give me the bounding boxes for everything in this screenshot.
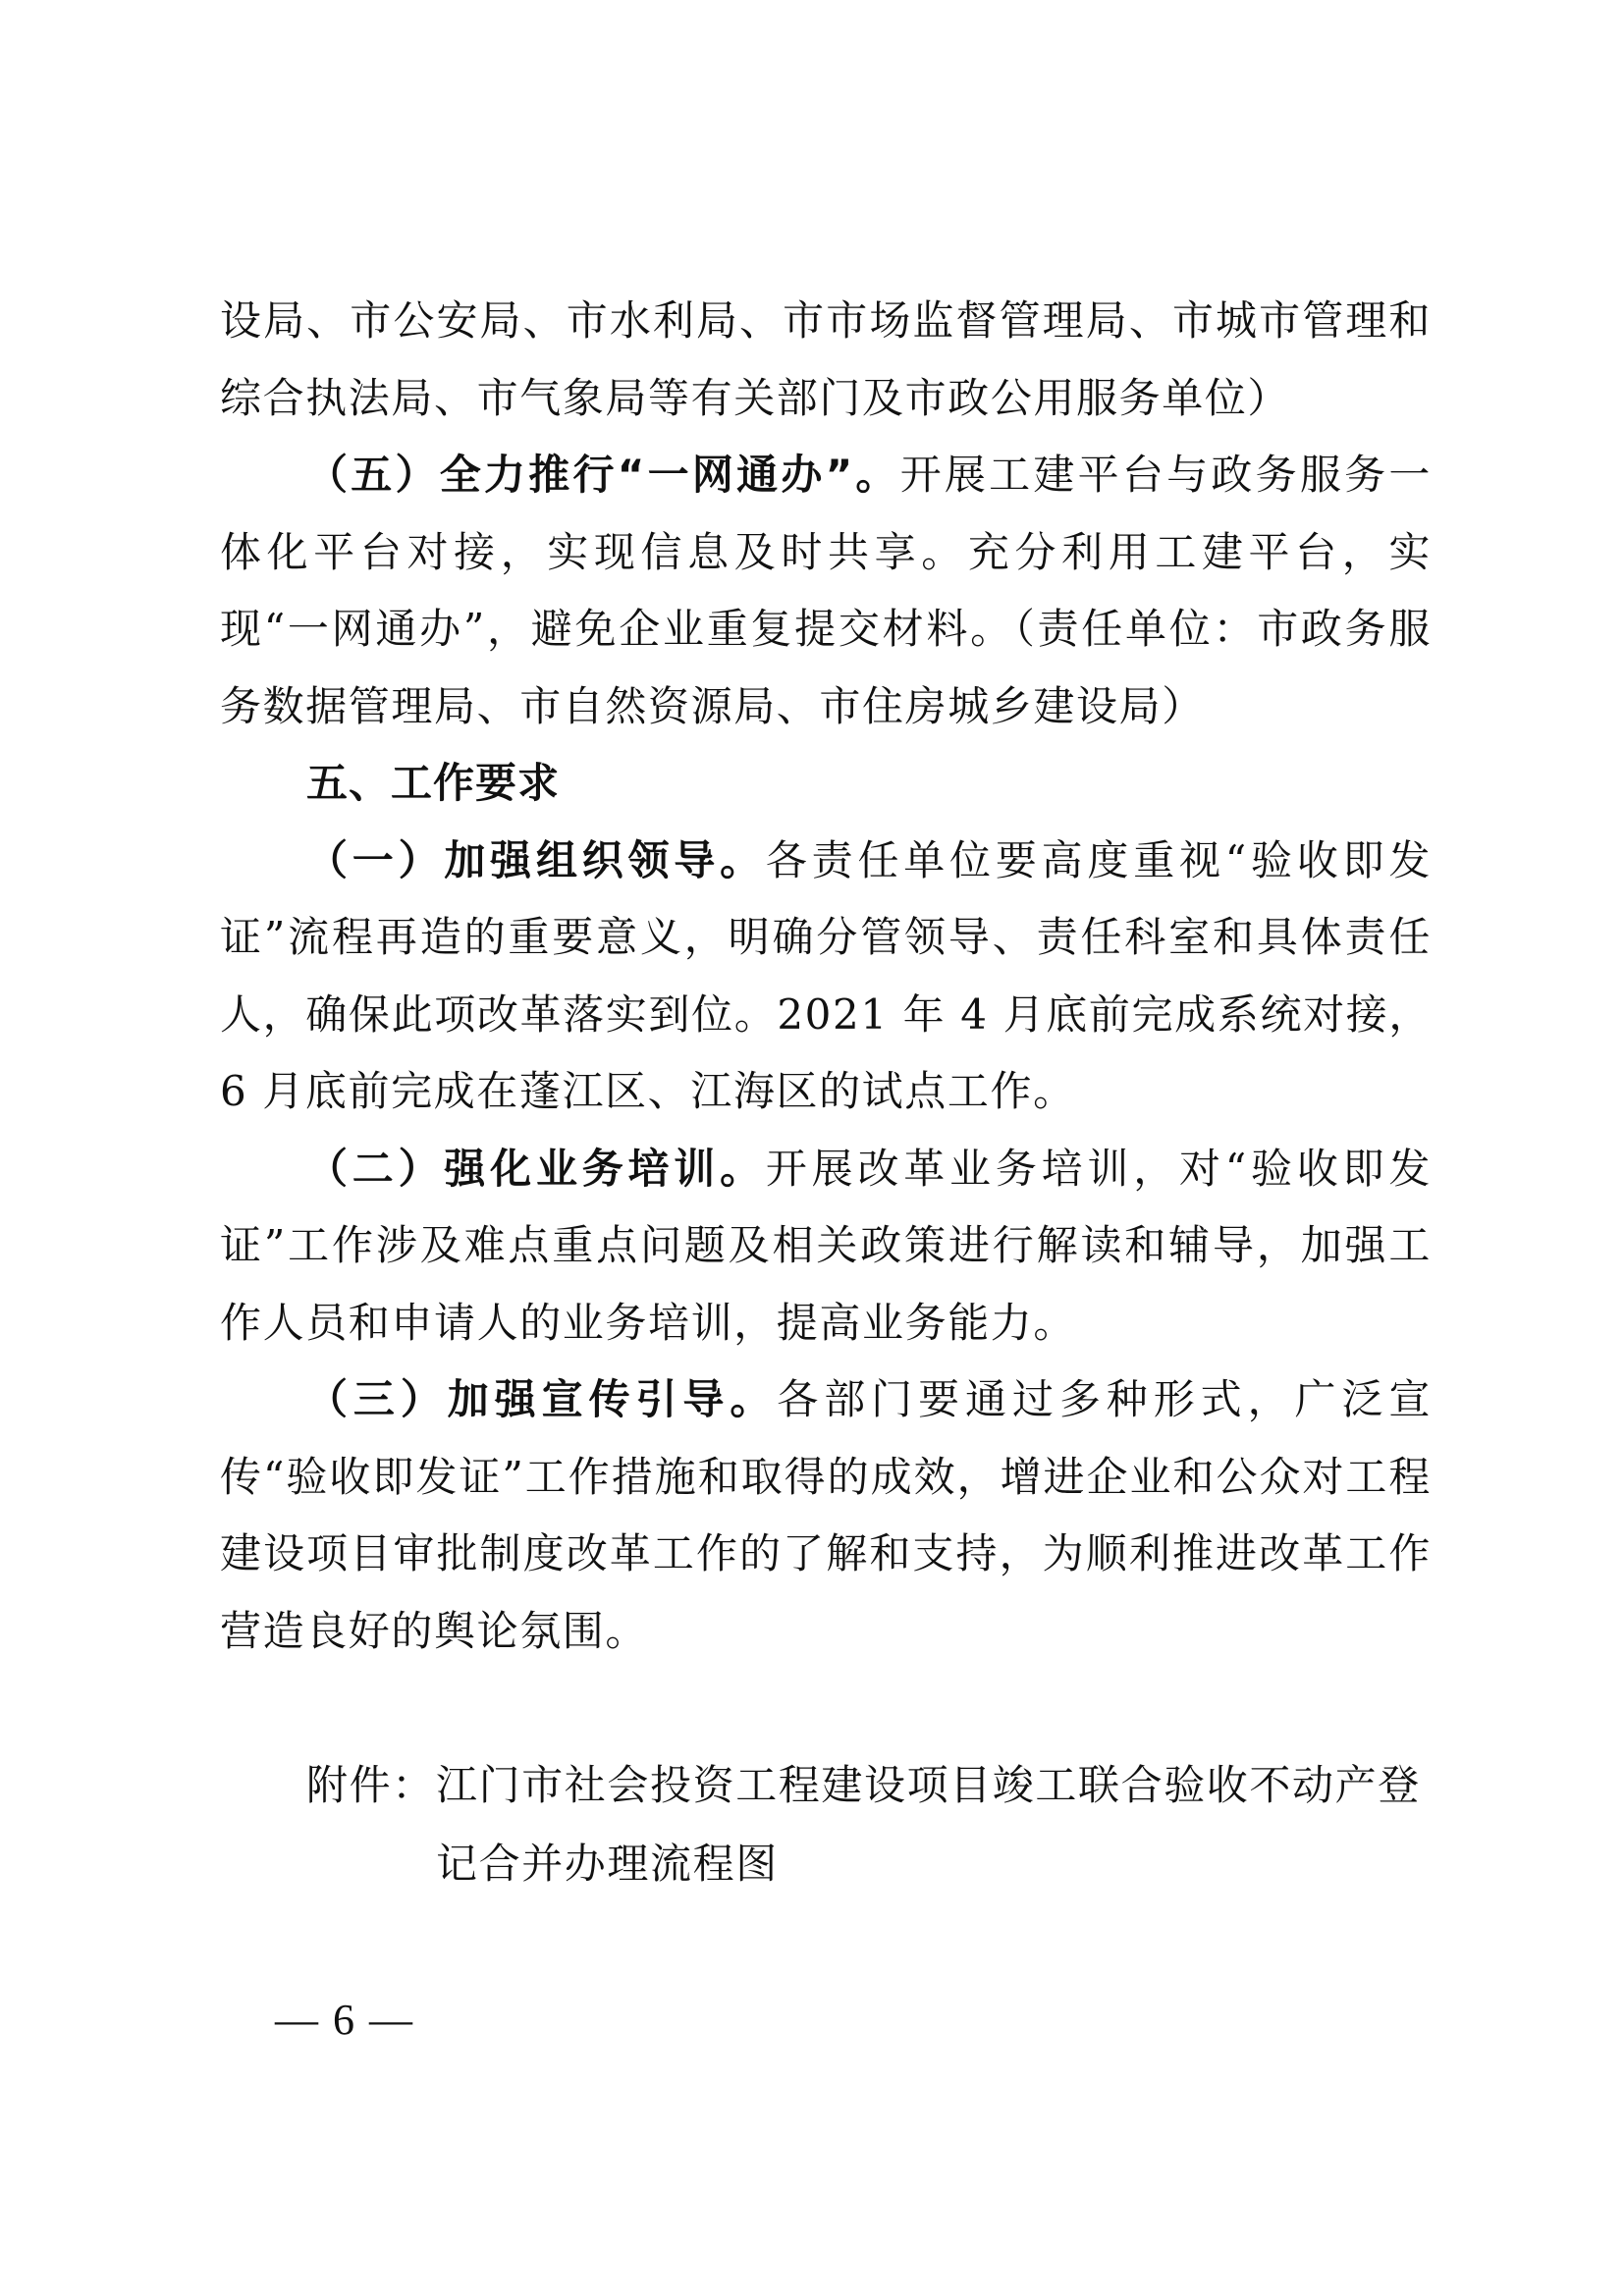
requirement-2-lead: （二）强化业务培训。 <box>306 1145 766 1193</box>
page-number: — 6 — <box>275 1991 414 2050</box>
document-body: 设局、市公安局、市水利局、市市场监督管理局、市城市管理和综合执法局、市气象局等有… <box>220 283 1432 1903</box>
requirement-1-paragraph: （一）加强组织领导。各责任单位要高度重视“验收即发证”流程再造的重要意义，明确分… <box>220 823 1432 1131</box>
section-heading: 五、工作要求 <box>220 745 1432 823</box>
blank-line <box>220 1670 1432 1746</box>
requirement-1-lead: （一）加强组织领导。 <box>306 836 766 884</box>
item-5-paragraph: （五）全力推行“一网通办”。开展工建平台与政务服务一体化平台对接，实现信息及时共… <box>220 437 1432 745</box>
requirement-2-paragraph: （二）强化业务培训。开展改革业务培训，对“验收即发证”工作涉及难点重点问题及相关… <box>220 1131 1432 1362</box>
attachment-label: 附件： <box>306 1746 435 1825</box>
item-5-lead: （五）全力推行“一网通办”。 <box>306 451 900 499</box>
continuation-paragraph: 设局、市公安局、市水利局、市市场监督管理局、市城市管理和综合执法局、市气象局等有… <box>220 283 1432 437</box>
attachment-title: 江门市社会投资工程建设项目竣工联合验收不动产登记合并办理流程图 <box>306 1746 1432 1903</box>
requirement-3-paragraph: （三）加强宣传引导。各部门要通过多种形式，广泛宣传“验收即发证”工作措施和取得的… <box>220 1362 1432 1670</box>
document-page: 设局、市公安局、市水利局、市市场监督管理局、市城市管理和综合执法局、市气象局等有… <box>0 0 1624 2296</box>
attachment-note: 附件： 江门市社会投资工程建设项目竣工联合验收不动产登记合并办理流程图 <box>220 1746 1432 1903</box>
requirement-3-lead: （三）加强宣传引导。 <box>306 1375 777 1423</box>
